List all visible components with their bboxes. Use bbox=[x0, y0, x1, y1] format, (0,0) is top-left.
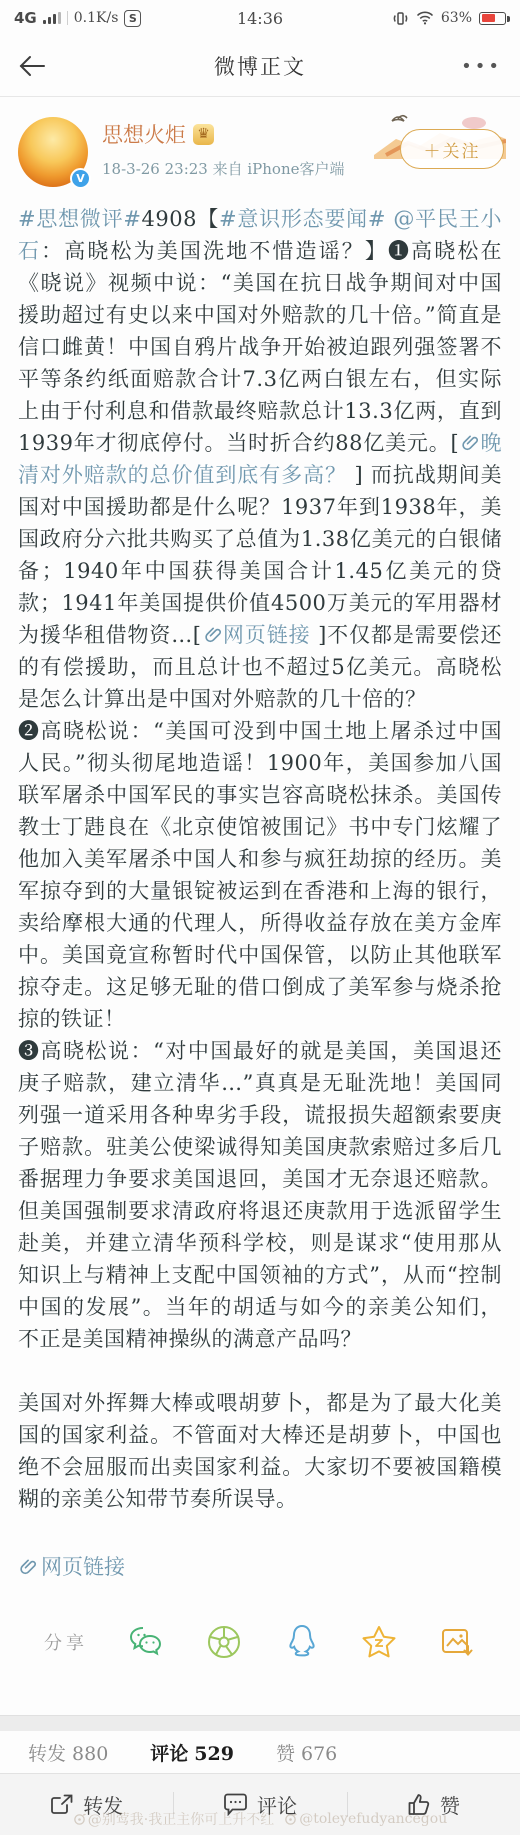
favorite-star-icon[interactable] bbox=[360, 1623, 398, 1661]
post-text-segment: ] 而抗战期间美国对中国援助都是什么呢？1937年到1938年，美国政府分六批共… bbox=[18, 463, 502, 647]
comment-button-label: 评论 bbox=[257, 1790, 297, 1819]
like-button[interactable]: 赞 bbox=[347, 1774, 520, 1835]
web-link-row[interactable]: 网页链接 bbox=[18, 1551, 502, 1581]
follow-button[interactable]: ＋关注 bbox=[400, 129, 504, 169]
inline-link[interactable]: #意识形态要闻# bbox=[219, 207, 386, 231]
author-header: V 思想火炬 ♛ 18-3-26 23:23 来自 iPhone客户端 ＋关注 bbox=[0, 97, 520, 187]
comment-button[interactable]: 评论 bbox=[173, 1774, 346, 1835]
repost-button-label: 转发 bbox=[83, 1790, 123, 1819]
post-text-segment: 4908【 bbox=[142, 207, 219, 231]
link-paperclip-icon bbox=[18, 1557, 37, 1576]
post-text-segment: 美国对外挥舞大棒或喂胡萝卜，都是为了最大化美国的国家利益。不管面对大棒还是胡萝卜… bbox=[18, 1391, 502, 1511]
status-bar: 4G 0.1K/s S 14:36 63% bbox=[0, 0, 520, 36]
wechat-moments-icon[interactable] bbox=[205, 1623, 243, 1661]
bottom-action-bar: 转发 评论 赞 @别莺我·我正主你可上升不红 bbox=[0, 1773, 520, 1835]
wifi-icon bbox=[416, 11, 434, 25]
page-title: 微博正文 bbox=[0, 51, 520, 81]
comment-icon bbox=[223, 1793, 248, 1816]
post-text-segment: ❸高晓松说：“对中国最好的就是美国，美国退还庚子赔款，建立清华…”真真是无耻洗地… bbox=[18, 1039, 502, 1351]
save-image-icon[interactable] bbox=[438, 1623, 476, 1661]
wechat-icon[interactable] bbox=[128, 1623, 166, 1661]
post-timestamp: 18-3-26 23:23 来自 iPhone客户端 bbox=[102, 158, 345, 179]
web-link-label: 网页链接 bbox=[41, 1551, 125, 1581]
share-row: 分享 bbox=[0, 1621, 520, 1663]
stats-tabs: 转发880 评论529 赞676 bbox=[0, 1731, 520, 1773]
post-body: #思想微评#4908【#意识形态要闻# @平民王小石：高晓松为美国洗地不惜造谣？… bbox=[18, 203, 502, 1515]
vibrate-icon bbox=[392, 11, 409, 26]
like-button-label: 赞 bbox=[440, 1790, 460, 1819]
nav-bar: 微博正文 ••• bbox=[0, 36, 520, 97]
more-menu-icon[interactable]: ••• bbox=[461, 56, 502, 77]
tab-reposts[interactable]: 转发880 bbox=[28, 1739, 108, 1766]
post-text-segment: ：高晓松为美国洗地不惜造谣？】❶高晓松在《晓说》视频中说：“美国在抗日战争期间对… bbox=[18, 239, 502, 455]
inline-link[interactable]: 网页链接 bbox=[202, 623, 311, 647]
post-text-segment: ❷高晓松说：“美国可没到中国土地上屠杀过中国人民。”彻头彻尾地造谣！1900年，… bbox=[18, 719, 502, 1031]
repost-button[interactable]: 转发 bbox=[0, 1774, 173, 1835]
repost-icon bbox=[50, 1794, 74, 1816]
inline-link[interactable]: #思想微评# bbox=[18, 207, 142, 231]
vip-crown-icon: ♛ bbox=[193, 124, 214, 145]
avatar[interactable]: V bbox=[18, 117, 88, 187]
tab-likes[interactable]: 赞676 bbox=[276, 1739, 337, 1766]
link-paperclip-icon bbox=[203, 625, 222, 644]
verified-badge-icon: V bbox=[70, 168, 91, 189]
weibo-post-screen: 4G 0.1K/s S 14:36 63% bbox=[0, 0, 520, 1835]
back-arrow-icon[interactable] bbox=[18, 55, 46, 77]
tab-comments[interactable]: 评论529 bbox=[150, 1739, 234, 1766]
battery-percent-label: 63% bbox=[441, 10, 472, 26]
battery-icon bbox=[479, 12, 506, 25]
link-paperclip-icon bbox=[460, 433, 479, 452]
share-label: 分享 bbox=[44, 1629, 88, 1655]
thumbs-up-icon bbox=[407, 1793, 431, 1816]
qq-icon[interactable] bbox=[283, 1623, 321, 1661]
section-divider bbox=[0, 1715, 520, 1731]
username[interactable]: 思想火炬 bbox=[102, 119, 186, 149]
